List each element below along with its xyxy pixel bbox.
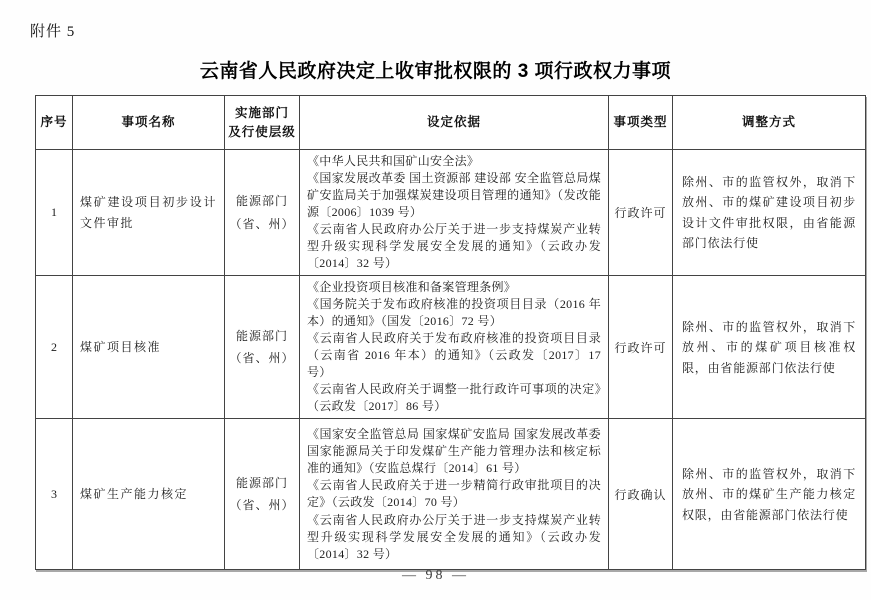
cell-department: 能源部门 （省、州） (225, 419, 300, 570)
basis-entry: 《企业投资项目核准和备案管理条例》 (307, 279, 601, 296)
cell-item-name: 煤矿生产能力核定 (73, 419, 225, 570)
cell-adjustment: 除州、市的监管权外，取消下放州、市的煤矿生产能力核定权限，由省能源部门依法行使 (673, 419, 866, 570)
basis-entry: 《云南省人民政府关于发布政府核准的投资项目目录（云南省 2016 年本）的通知》… (307, 330, 601, 381)
cell-seq: 3 (36, 419, 73, 570)
cell-type: 行政确认 (609, 419, 673, 570)
cell-basis: 《企业投资项目核准和备案管理条例》 《国务院关于发布政府核准的投资项目目录（20… (300, 276, 609, 419)
authority-items-table: 序号 事项名称 实施部门 及行使层级 设定依据 事项类型 调整方式 1 煤矿建设… (35, 95, 866, 570)
col-header-item-name: 事项名称 (73, 96, 225, 150)
table-row-3: 3 煤矿生产能力核定 能源部门 （省、州） 《国家安全监管总局 国家煤矿安监局 … (36, 419, 866, 570)
basis-entry: 《云南省人民政府办公厅关于进一步支持煤炭产业转型升级实现科学发展安全发展的通知》… (307, 512, 601, 563)
cell-department: 能源部门 （省、州） (225, 150, 300, 276)
table-row-2: 2 煤矿项目核准 能源部门 （省、州） 《企业投资项目核准和备案管理条例》 《国… (36, 276, 866, 419)
basis-entry: 《中华人民共和国矿山安全法》 (307, 153, 601, 170)
attachment-label: 附件 5 (30, 20, 871, 41)
col-header-adjustment: 调整方式 (673, 96, 866, 150)
table-row-1: 1 煤矿建设项目初步设计文件审批 能源部门 （省、州） 《中华人民共和国矿山安全… (36, 150, 866, 276)
cell-type: 行政许可 (609, 276, 673, 419)
cell-item-name: 煤矿建设项目初步设计文件审批 (73, 150, 225, 276)
basis-entry: 《云南省人民政府关于调整一批行政许可事项的决定》（云政发〔2017〕86 号） (307, 381, 601, 415)
cell-seq: 2 (36, 276, 73, 419)
cell-basis: 《国家安全监管总局 国家煤矿安监局 国家发展改革委 国家能源局关于印发煤矿生产能… (300, 419, 609, 570)
basis-entry: 《国务院关于发布政府核准的投资项目目录（2016 年本）的通知》（国发〔2016… (307, 296, 601, 330)
table-header-row: 序号 事项名称 实施部门 及行使层级 设定依据 事项类型 调整方式 (36, 96, 866, 150)
cell-item-name: 煤矿项目核准 (73, 276, 225, 419)
page-title: 云南省人民政府决定上收审批权限的 3 项行政权力事项 (0, 56, 871, 83)
col-header-seq: 序号 (36, 96, 73, 150)
cell-basis: 《中华人民共和国矿山安全法》 《国家发展改革委 国土资源部 建设部 安全监管总局… (300, 150, 609, 276)
cell-seq: 1 (36, 150, 73, 276)
cell-adjustment: 除州、市的监管权外，取消下放州、市的煤矿建设项目初步设计文件审批权限，由省能源部… (673, 150, 866, 276)
document-page: 附件 5 云南省人民政府决定上收审批权限的 3 项行政权力事项 序号 事项名称 … (0, 0, 871, 600)
basis-entry: 《国家安全监管总局 国家煤矿安监局 国家发展改革委 国家能源局关于印发煤矿生产能… (307, 426, 601, 477)
col-header-type: 事项类型 (609, 96, 673, 150)
cell-adjustment: 除州、市的监管权外，取消下放州、市的煤矿项目核准权限，由省能源部门依法行使 (673, 276, 866, 419)
cell-department: 能源部门 （省、州） (225, 276, 300, 419)
basis-entry: 《国家发展改革委 国土资源部 建设部 安全监管总局煤矿安监局关于加强煤炭建设项目… (307, 170, 601, 221)
col-header-department: 实施部门 及行使层级 (225, 96, 300, 150)
page-number: — 98 — (0, 568, 871, 584)
cell-type: 行政许可 (609, 150, 673, 276)
basis-entry: 《云南省人民政府办公厅关于进一步支持煤炭产业转型升级实现科学发展安全发展的通知》… (307, 221, 601, 272)
col-header-basis: 设定依据 (300, 96, 609, 150)
basis-entry: 《云南省人民政府关于进一步精简行政审批项目的决定》（云政发〔2014〕70 号） (307, 477, 601, 511)
